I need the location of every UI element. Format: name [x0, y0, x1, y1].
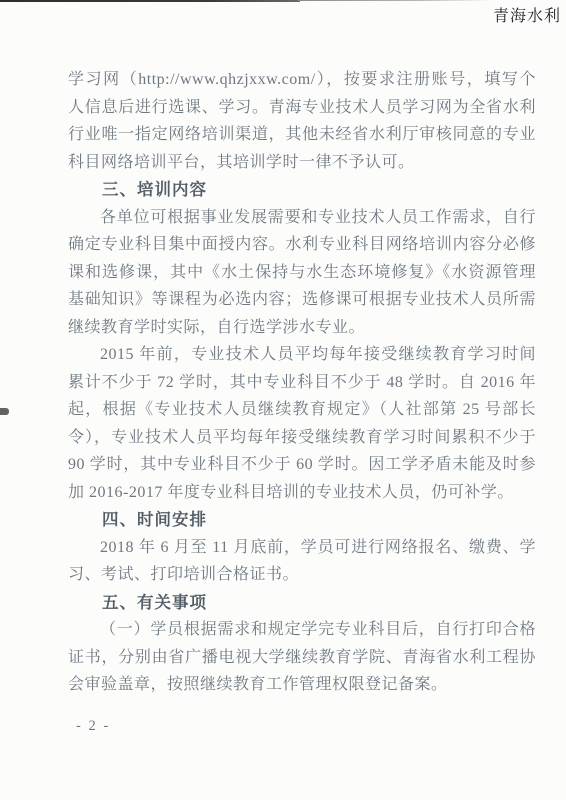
document-line: 继续教育学时实际，自行选学涉水专业。 [68, 314, 536, 342]
document-line: 各单位可根据事业发展需要和专业技术人员工作需求，自行 [68, 204, 536, 232]
section-heading: 四、时间安排 [68, 506, 536, 534]
document-line: 90 学时，其中专业科目不少于 60 学时。因工学矛盾未能及时参 [68, 451, 536, 479]
document-line: 令），专业技术人员平均每年接受继续教育学习时间累积不少于 [68, 424, 536, 452]
document-line: 科目网络培训平台，其培训学时一律不予认可。 [68, 149, 536, 177]
section-heading: 三、培训内容 [68, 176, 536, 204]
document-line: 证书，分别由省广播电视大学继续教育学院、青海省水利工程协 [68, 644, 536, 672]
section-heading: 五、有关事项 [68, 589, 536, 617]
document-line: 习、考试、打印培训合格证书。 [68, 561, 536, 589]
document-line: 起，根据《专业技术人员继续教育规定》（人社部第 25 号部长 [68, 396, 536, 424]
document-line: 会审验盖章，按照继续教育工作管理权限登记备案。 [68, 671, 536, 699]
document-line: 行业唯一指定网络培训渠道，其他未经省水利厅审核同意的专业 [68, 121, 536, 149]
document-line: 课和选修课，其中《水土保持与水生态环境修复》《水资源管理 [68, 259, 536, 287]
scanned-document-page: 青海水利 学习网（http://www.qhzjxxw.com/），按要求注册账… [0, 0, 566, 800]
page-number: - 2 - [76, 718, 110, 735]
journal-stamp-label: 青海水利 [493, 3, 561, 26]
document-line: 2018 年 6 月至 11 月底前，学员可进行网络报名、缴费、学 [68, 534, 536, 562]
scan-artifact-left-smudge [0, 408, 9, 415]
document-line: 2015 年前，专业技术人员平均每年接受继续教育学习时间 [68, 341, 536, 369]
document-line: 基础知识》等课程为必选内容；选修课可根据专业技术人员所需 [68, 286, 536, 314]
document-line: 累计不少于 72 学时，其中专业科目不少于 48 学时。自 2016 年 [68, 369, 536, 397]
document-line: （一）学员根据需求和规定学完专业科目后，自行打印合格 [68, 616, 536, 644]
scan-artifact-top-line [0, 0, 300, 2]
document-line: 确定专业科目集中面授内容。水利专业科目网络培训内容分必修 [68, 231, 536, 259]
document-line: 学习网（http://www.qhzjxxw.com/），按要求注册账号，填写个 [68, 66, 536, 94]
document-line: 人信息后进行选课、学习。青海专业技术人员学习网为全省水利 [68, 94, 536, 122]
document-line: 加 2016-2017 年度专业科目培训的专业技术人员，仍可补学。 [68, 479, 536, 507]
document-body: 学习网（http://www.qhzjxxw.com/），按要求注册账号，填写个… [68, 66, 536, 699]
scan-artifact-top-line-faint [298, 0, 493, 1]
